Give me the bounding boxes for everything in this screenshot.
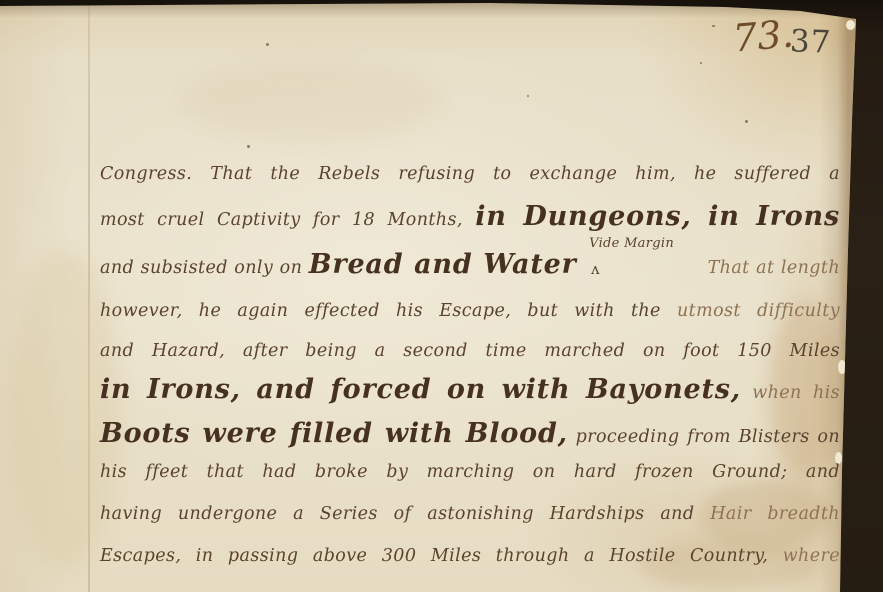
manuscript-line: having undergone a Series of astonishing… [100, 504, 840, 524]
line-text: having undergone a Series of astonishing… [100, 504, 694, 524]
paper-speck [712, 25, 715, 27]
manuscript-line: and subsisted only on Bread and Water Vi… [100, 249, 840, 280]
manuscript-line: however, he again effected his Escape, b… [100, 301, 840, 321]
manuscript-line: most cruel Captivity for 18 Months, in D… [100, 201, 840, 232]
emphasized-text: in Dungeons, in Irons [475, 201, 840, 232]
paper-speck [527, 95, 529, 97]
line-text: That at length [708, 258, 840, 278]
paper-speck [247, 145, 250, 148]
line-text: when his [752, 383, 840, 403]
paper-speck [266, 43, 269, 46]
line-text: however, he again effected his Escape, b… [100, 301, 661, 321]
line-text: most cruel Captivity for 18 Months, [100, 210, 463, 230]
margin-note: Vide Margin [589, 237, 674, 252]
line-text: and Hazard, after being a second time ma… [100, 341, 840, 361]
line-text: where [783, 546, 840, 566]
manuscript-line: Boots were filled with Blood, proceeding… [100, 418, 840, 449]
paper-speck [745, 120, 748, 123]
manuscript-line: and Hazard, after being a second time ma… [100, 341, 840, 361]
manuscript-line: Congress. That the Rebels refusing to ex… [100, 164, 840, 184]
line-text: proceeding from Blisters on [576, 427, 840, 447]
line-text: utmost difficulty [677, 301, 840, 321]
manuscript-line: Escapes, in passing above 300 Miles thro… [100, 546, 840, 566]
paper-edge-chip [838, 360, 846, 374]
line-text: Hair breadth [710, 504, 840, 524]
scan-background: 73. 37 Congress. That the Rebels refusin… [0, 0, 883, 592]
folio-number-ink: 73. [731, 11, 795, 60]
emphasized-text: Boots were filled with Blood, [100, 418, 568, 449]
manuscript-line: in Irons, and forced on with Bayonets, w… [100, 374, 840, 405]
line-text: Escapes, in passing above 300 Miles thro… [100, 546, 768, 566]
paper-stain [180, 60, 440, 140]
emphasized-text: Bread and Water [309, 249, 577, 280]
paper-edge-chip [846, 20, 855, 30]
manuscript-line: his ffeet that had broke by marching on … [100, 462, 840, 482]
caret-icon: ʌ [591, 261, 600, 278]
paper-speck [700, 62, 702, 64]
manuscript-page: 73. 37 Congress. That the Rebels refusin… [0, 0, 883, 592]
paper-fold-line [88, 0, 90, 592]
line-text: Congress. That the Rebels refusing to ex… [100, 164, 840, 184]
emphasized-text: in Irons, and forced on with Bayonets, [100, 374, 741, 405]
margin-insertion-mark: Vide Margin ʌ [583, 253, 701, 279]
line-text: and subsisted only on [100, 258, 302, 278]
folio-number-pencil: 37 [789, 23, 832, 60]
line-text: his ffeet that had broke by marching on … [100, 462, 840, 482]
